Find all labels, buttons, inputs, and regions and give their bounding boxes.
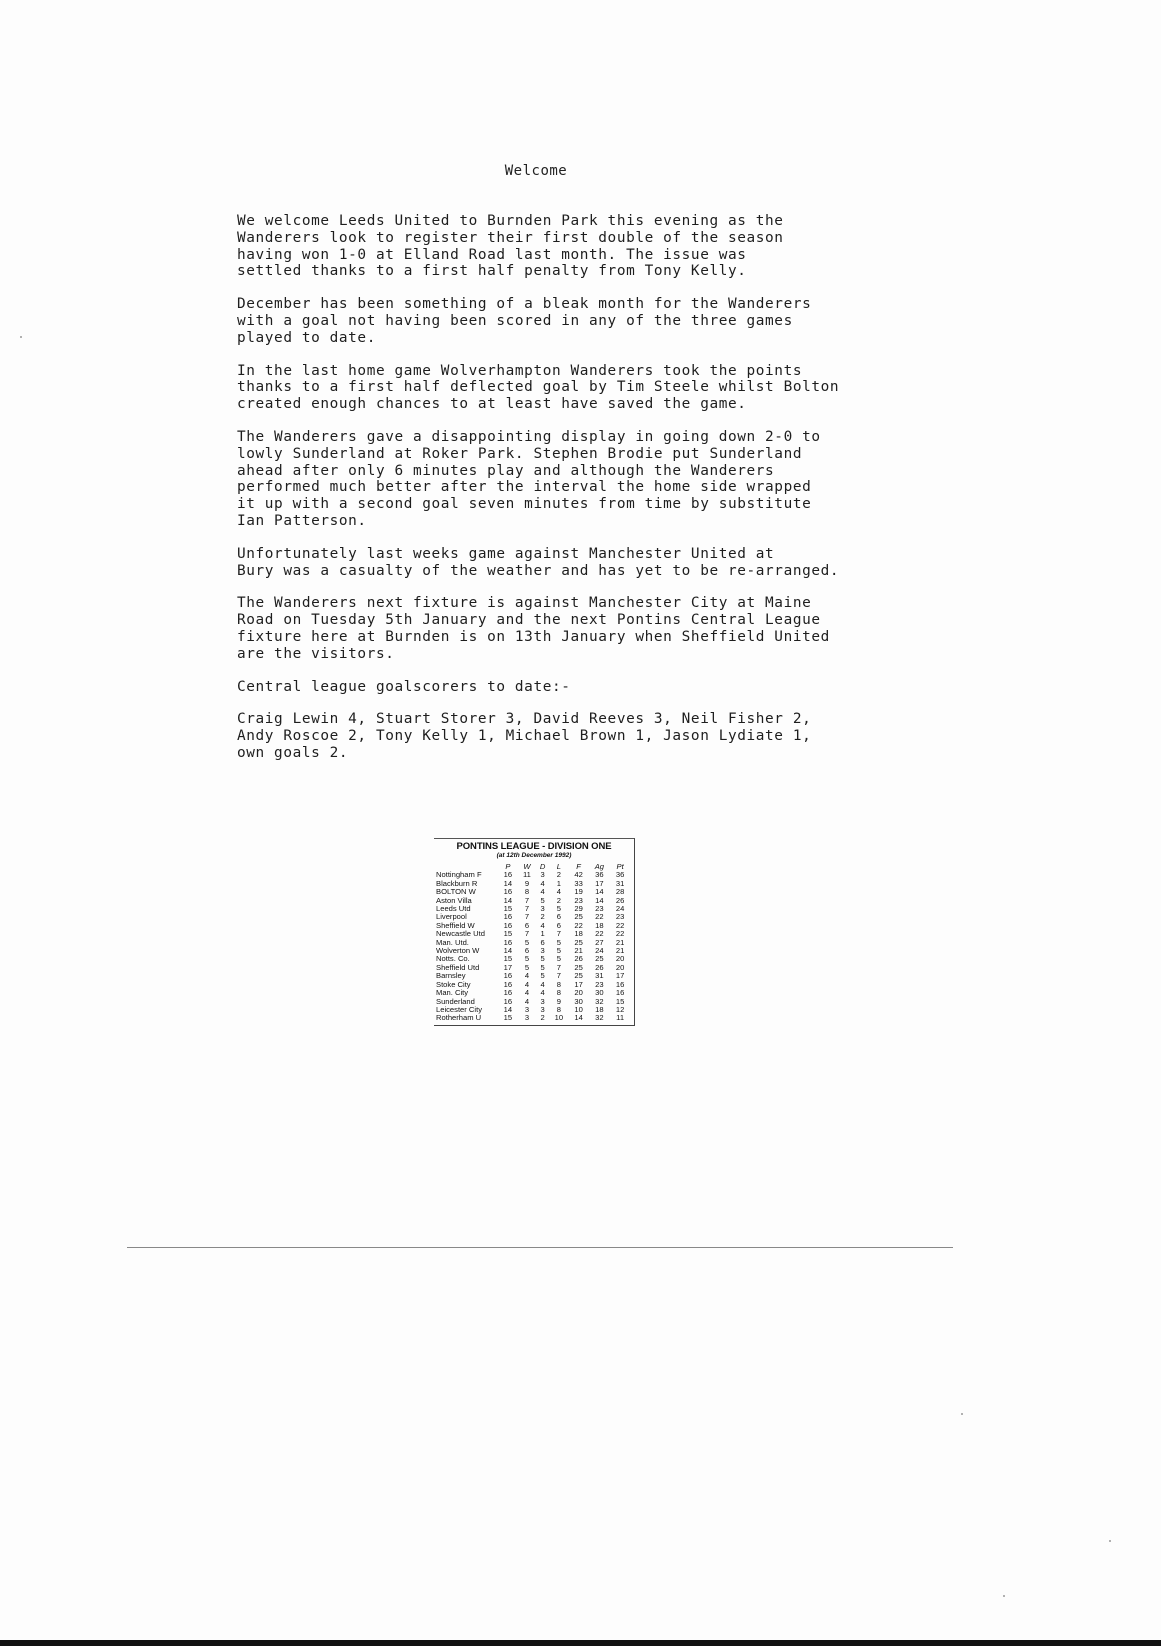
team-name: Rotherham U <box>434 1014 498 1022</box>
paragraph-next-fixture: The Wanderers next fixture is against Ma… <box>237 595 897 662</box>
stat-cell: 11 <box>610 1014 630 1022</box>
paragraph-last-home-game: In the last home game Wolverhampton Wand… <box>237 363 897 413</box>
paragraph-intro: We welcome Leeds United to Burnden Park … <box>237 213 897 280</box>
table-row: Rotherham U153210143211 <box>434 1014 630 1022</box>
paragraph-postponed: Unfortunately last weeks game against Ma… <box>237 546 897 580</box>
scan-speck <box>1109 1540 1111 1542</box>
goalscorers-heading: Central league goalscorers to date:- <box>237 679 897 696</box>
stat-cell: 10 <box>549 1014 569 1022</box>
stat-cell: 15 <box>498 1014 518 1022</box>
page-title: Welcome <box>0 163 1072 179</box>
stat-cell: 32 <box>589 1014 611 1022</box>
scan-edge <box>0 1640 1161 1646</box>
article-body: We welcome Leeds United to Burnden Park … <box>237 213 897 778</box>
scan-speck <box>20 336 22 338</box>
horizontal-rule <box>127 1247 953 1248</box>
stat-cell: 14 <box>569 1014 589 1022</box>
paragraph-sunderland: The Wanderers gave a disappointing displ… <box>237 429 897 530</box>
paragraph-december: December has been something of a bleak m… <box>237 296 897 346</box>
league-table-title: PONTINS LEAGUE - DIVISION ONE <box>434 841 634 852</box>
scanned-page: Welcome We welcome Leeds United to Burnd… <box>0 0 1161 1646</box>
scan-speck <box>961 1413 963 1415</box>
league-table-body: Nottingham F161132423636Blackburn R14941… <box>434 871 630 1022</box>
league-table: PWDLFAgPt Nottingham F161132423636Blackb… <box>434 863 630 1023</box>
stat-cell: 2 <box>536 1014 549 1022</box>
goalscorers-list: Craig Lewin 4, Stuart Storer 3, David Re… <box>237 711 897 761</box>
league-table-subtitle: (at 12th December 1992) <box>434 852 634 859</box>
stat-cell: 3 <box>518 1014 536 1022</box>
scan-speck <box>1003 1595 1005 1597</box>
league-table-clipping: PONTINS LEAGUE - DIVISION ONE (at 12th D… <box>434 838 635 1026</box>
